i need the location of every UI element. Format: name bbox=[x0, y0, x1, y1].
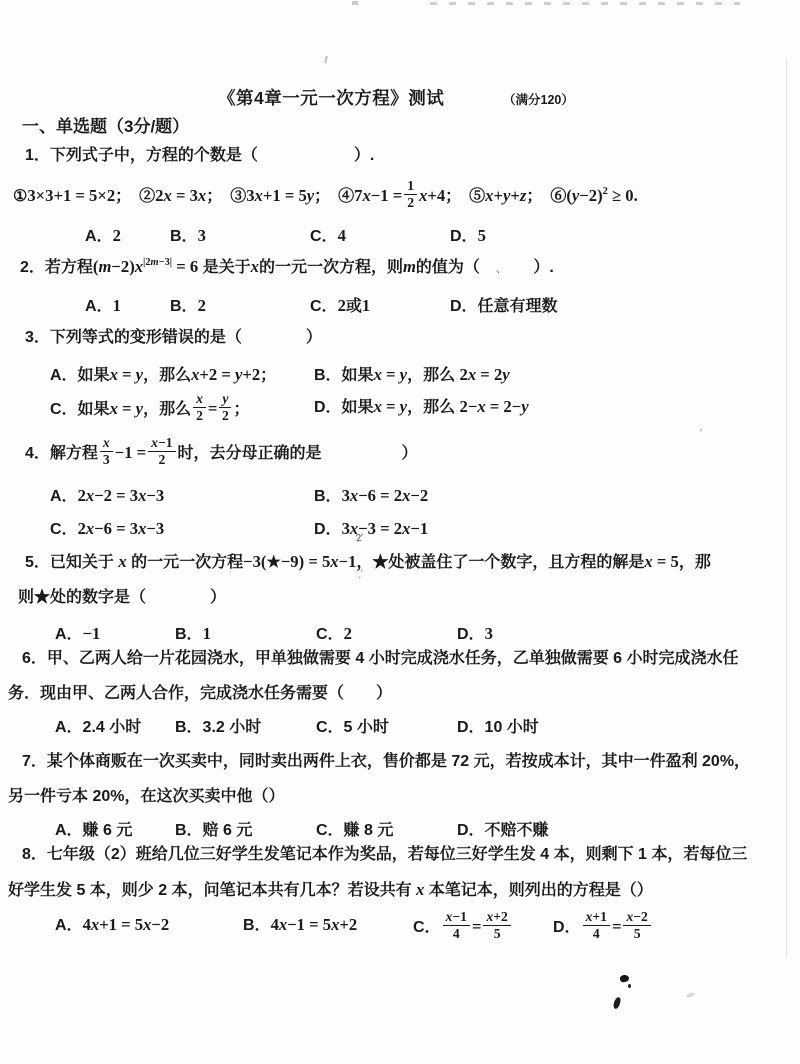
question-1-options: A．2 B．3 C．4 D．5 bbox=[0, 223, 800, 249]
question-2-option-d: D．任意有理数 bbox=[450, 293, 558, 316]
question-4-option-c: C．2x−6 = 3x−3 bbox=[50, 516, 164, 539]
question-3-option-a: A．如果x = y，那么x+2 = y+2； bbox=[50, 362, 276, 385]
question-4-options-cd: C．2x−6 = 3x−3 D．3x−3 = 2x−1 bbox=[0, 516, 800, 542]
question-8-option-b: B．4x−1 = 5x+2 bbox=[243, 912, 357, 935]
full-score-note: （满分120） bbox=[503, 93, 574, 109]
scan-artifact-top bbox=[430, 2, 740, 5]
question-5-options: A．−1 B．1 C．2 D．3 bbox=[0, 621, 800, 647]
question-3-options-ab: A．如果x = y，那么x+2 = y+2； B．如果x = y，那么 2x =… bbox=[0, 362, 800, 388]
question-7-option-b: B．赔 6 元 bbox=[175, 817, 252, 840]
paper-title: 《第4章一元一次方程》测试 bbox=[218, 88, 444, 110]
question-6-line1: 6．甲、乙两人给一片花园浇水，甲单独做需要 4 小时完成浇水任务，乙单独做需要 … bbox=[22, 649, 738, 669]
question-3-option-c: C．如果x = y，那么x2=y2； bbox=[50, 394, 249, 426]
question-1-stem: 1．下列式子中，方程的个数是（ ）. bbox=[25, 146, 374, 166]
question-8-line1: 8．七年级（2）班给几位三好学生发笔记本作为奖品，若每位三好学生发 4 本，则剩… bbox=[22, 845, 747, 865]
test-paper-page: 《第4章一元一次方程》测试 （满分120） 一、单选题（3分/题） 1．下列式子… bbox=[0, 0, 800, 1064]
question-1-option-b: B．3 bbox=[170, 223, 206, 246]
question-2-option-c: C．2或1 bbox=[310, 293, 370, 316]
ink-smudge-4 bbox=[686, 992, 696, 999]
question-6-option-d: D．10 小时 bbox=[457, 714, 539, 737]
question-8-option-a: A．4x+1 = 5x−2 bbox=[55, 912, 169, 935]
question-4-option-d: D．3x−3 = 2x−1 bbox=[314, 516, 428, 539]
question-8-options: A．4x+1 = 5x−2 B．4x−1 = 5x+2 C．x−14=x+25 … bbox=[0, 912, 800, 952]
question-6-options: A．2.4 小时 B．3.2 小时 C．5 小时 D．10 小时 bbox=[0, 714, 800, 740]
question-2-stem: 2．若方程(m−2)x|2m−3| = 6 是关于x的一元一次方程，则m的值为（… bbox=[20, 256, 554, 278]
question-1-option-d: D．5 bbox=[450, 223, 486, 246]
question-5-option-c: C．2 bbox=[316, 621, 352, 644]
question-5-line2: 则★处的数字是（ ） bbox=[18, 588, 226, 608]
question-2-option-b: B．2 bbox=[170, 293, 206, 316]
question-8-option-d: D．x+14=x−25 bbox=[553, 912, 653, 944]
question-8-option-c: C．x−14=x+25 bbox=[413, 912, 513, 944]
question-5-line1: 5．已知关于 x 的一元一次方程−3(★−9) = 5x−1，★处被盖住了一个数… bbox=[25, 552, 711, 573]
question-4-options-ab: A．2x−2 = 3x−3 B．3x−6 = 2x−2 bbox=[0, 483, 800, 509]
question-1-option-a: A．2 bbox=[85, 223, 121, 246]
question-3-option-b: B．如果x = y，那么 2x = 2y bbox=[314, 362, 510, 385]
question-1-expressions: ①3×3+1 = 5×2； ②2x = 3x； ③3x+1 = 5y； ④7x−… bbox=[13, 181, 638, 213]
section-heading: 一、单选题（3分/题） bbox=[22, 116, 189, 137]
question-3-stem: 3．下列等式的变形错误的是（ ） bbox=[25, 328, 322, 348]
question-6-option-c: C．5 小时 bbox=[316, 714, 389, 737]
scan-artifact-tick bbox=[324, 56, 327, 63]
question-4-stem: 4．解方程x3−1 =x−12时，去分母正确的是 ） bbox=[25, 438, 418, 470]
question-6-option-a: A．2.4 小时 bbox=[55, 714, 141, 737]
question-7-options: A．赚 6 元 B．赔 6 元 C．赚 8 元 D．不赔不赚 bbox=[0, 817, 800, 843]
question-6-option-b: B．3.2 小时 bbox=[175, 714, 261, 737]
question-6-line2: 务．现由甲、乙两人合作，完成浇水任务需要（ ） bbox=[8, 684, 392, 704]
pencil-mark-above: 2′ bbox=[355, 533, 364, 545]
question-7-option-c: C．赚 8 元 bbox=[316, 817, 393, 840]
question-3-options-cd: C．如果x = y，那么x2=y2； D．如果x = y，那么 2−x = 2−… bbox=[0, 394, 800, 428]
question-2-option-a: A．1 bbox=[85, 293, 121, 316]
ink-smudge-3 bbox=[613, 996, 622, 1009]
scan-artifact-top-2 bbox=[352, 1, 358, 5]
question-7-option-d: D．不赔不赚 bbox=[457, 817, 549, 840]
question-7-line2: 另一件亏本 20%，在这次买卖中他（） bbox=[8, 787, 284, 807]
question-5-option-a: A．−1 bbox=[55, 621, 100, 644]
question-2-options: A．1 B．2 C．2或1 D．任意有理数 bbox=[0, 293, 800, 319]
ink-smudge-1 bbox=[619, 974, 629, 983]
scan-artifact-apostrophe: ′ bbox=[700, 428, 702, 439]
question-7-option-a: A．赚 6 元 bbox=[55, 817, 132, 840]
question-1-option-c: C．4 bbox=[310, 223, 346, 246]
ink-smudge-2 bbox=[628, 984, 631, 988]
question-5-option-d: D．3 bbox=[457, 621, 493, 644]
question-4-option-b: B．3x−6 = 2x−2 bbox=[314, 483, 428, 506]
question-5-option-b: B．1 bbox=[175, 621, 211, 644]
question-3-option-d: D．如果x = y，那么 2−x = 2−y bbox=[314, 394, 529, 417]
question-8-line2: 好学生发 5 本，则少 2 本，问笔记本共有几本？若设共有 x 本笔记本，则列出… bbox=[8, 880, 653, 901]
question-7-line1: 7．某个体商贩在一次买卖中，同时卖出两件上衣，售价都是 72 元，若按成本计，其… bbox=[22, 752, 750, 772]
question-4-option-a: A．2x−2 = 3x−3 bbox=[50, 483, 164, 506]
